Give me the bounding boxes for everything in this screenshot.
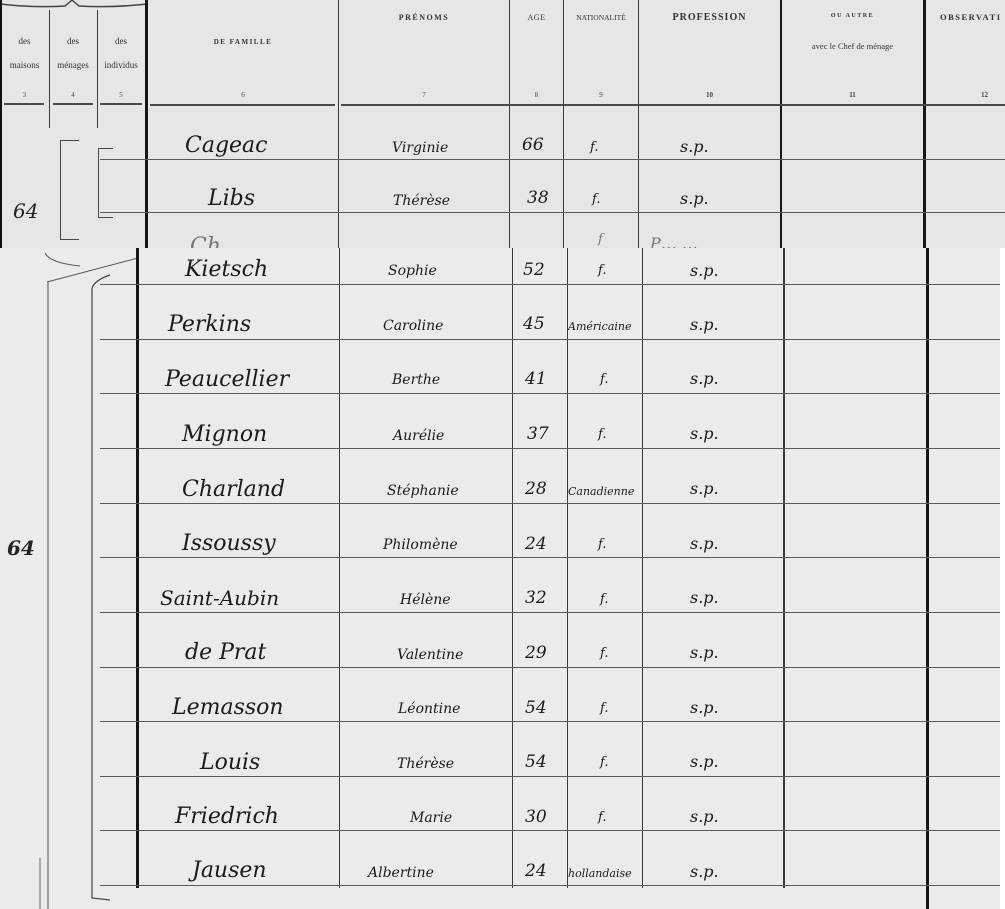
- column-divider-thick: [780, 0, 782, 248]
- surname-cell: Saint-Aubin: [160, 586, 279, 610]
- header-rule: [53, 103, 93, 105]
- age-cell: 52: [523, 260, 545, 280]
- row-rule: [100, 339, 1000, 340]
- column-divider-thick: [926, 248, 929, 909]
- column-divider-thick: [923, 0, 926, 248]
- row-rule: [100, 776, 1000, 777]
- nationality-cell: f.: [600, 646, 608, 661]
- surname-cell: Charland: [182, 477, 285, 502]
- age-cell: 32: [525, 588, 547, 608]
- surname-cell: Libs: [208, 186, 255, 211]
- surname-cell: Issoussy: [182, 531, 276, 556]
- age-cell: 24: [525, 534, 547, 554]
- surname-cell: Perkins: [168, 312, 251, 337]
- column-number: 5: [97, 91, 145, 99]
- profession-cell: s.p.: [690, 479, 719, 498]
- nationality-cell: f.: [598, 427, 606, 442]
- surname-cell: Lemasson: [172, 695, 284, 720]
- first-name-cell: Marie: [410, 810, 452, 826]
- age-cell: 24: [525, 861, 547, 881]
- header-profession: PROFESSION: [639, 12, 780, 23]
- profession-cell: s.p.: [690, 369, 719, 388]
- age-cell: 41: [525, 369, 547, 389]
- column-number: 4: [49, 91, 97, 99]
- first-name-cell: Albertine: [368, 865, 434, 881]
- surname-cell-partial: Ch…: [190, 234, 243, 248]
- nationality-cell: f.: [600, 701, 608, 716]
- column-divider: [339, 248, 340, 888]
- surname-cell: Mignon: [182, 422, 267, 447]
- column-divider: [338, 0, 339, 248]
- row-rule: [100, 612, 1000, 613]
- profession-cell-partial: P… …: [650, 234, 698, 248]
- header-col5-bottom: individus: [97, 60, 145, 70]
- top-page-fragment: des maisons des ménages des individus DE…: [0, 0, 1005, 248]
- row-rule: [100, 212, 1005, 213]
- row-rule: [100, 159, 1005, 160]
- age-cell: 37: [527, 424, 549, 444]
- house-number: 64: [7, 536, 35, 560]
- surname-cell: Louis: [200, 750, 260, 775]
- row-rule: [100, 393, 1000, 394]
- first-name-cell: Thérèse: [393, 193, 450, 209]
- row-rule: [100, 284, 1000, 285]
- first-name-cell: Sophie: [388, 263, 437, 279]
- header-col4-top: des: [49, 36, 97, 46]
- column-number: 10: [639, 91, 780, 99]
- header-col3-bottom: maisons: [0, 60, 49, 70]
- header-brace-ornament: [0, 0, 147, 20]
- household-bracket: [60, 140, 79, 240]
- column-divider: [509, 0, 510, 248]
- age-cell: 29: [525, 643, 547, 663]
- nationality-cell: f.: [590, 140, 598, 155]
- first-name-cell: Aurélie: [393, 428, 444, 444]
- column-divider: [563, 0, 564, 248]
- age-cell: 30: [525, 807, 547, 827]
- header-first-name: PRÉNOMS: [339, 13, 509, 22]
- first-name-cell: Léontine: [398, 701, 460, 717]
- header-rule: [150, 104, 335, 106]
- household-bracket: [98, 148, 113, 218]
- header-col4-bottom: ménages: [49, 60, 97, 70]
- first-name-cell: Stéphanie: [387, 483, 459, 499]
- row-rule: [100, 721, 1000, 722]
- first-name-cell: Caroline: [383, 318, 443, 334]
- column-number: 11: [782, 91, 923, 99]
- surname-cell: Peaucellier: [165, 367, 289, 392]
- column-number: 6: [148, 91, 338, 99]
- profession-cell: s.p.: [690, 752, 719, 771]
- house-number: 64: [13, 199, 38, 223]
- profession-cell: s.p.: [690, 643, 719, 662]
- first-name-cell: Valentine: [397, 647, 463, 663]
- column-divider: [638, 0, 639, 248]
- column-number: 9: [564, 91, 638, 99]
- surname-cell: de Prat: [185, 640, 266, 665]
- column-divider: [783, 248, 785, 888]
- column-divider: [567, 248, 568, 888]
- profession-cell: s.p.: [690, 315, 719, 334]
- age-cell: 45: [523, 314, 545, 334]
- main-page-fragment: 64 Kietsch Sophie 52 f. s.p. Perkins Car…: [0, 248, 1000, 909]
- column-divider: [512, 248, 513, 888]
- column-divider-thick: [136, 248, 139, 888]
- column-divider: [642, 248, 643, 888]
- first-name-cell: Virginie: [392, 140, 448, 156]
- row-rule: [100, 885, 1000, 886]
- age-cell: 38: [527, 188, 549, 208]
- profession-cell: s.p.: [690, 862, 719, 881]
- first-name-cell: Hélène: [400, 592, 451, 608]
- header-col5-top: des: [97, 36, 145, 46]
- header-rule: [4, 103, 44, 105]
- profession-cell: s.p.: [680, 137, 709, 156]
- header-rule: [100, 103, 142, 105]
- header-surname: DE FAMILLE: [148, 38, 338, 46]
- row-rule: [100, 557, 1000, 558]
- nationality-cell: Canadienne: [568, 485, 634, 498]
- header-col3-top: des: [0, 36, 49, 46]
- nationality-cell: f.: [600, 592, 608, 607]
- column-number: 7: [339, 91, 509, 99]
- age-cell: 54: [525, 752, 547, 772]
- surname-cell: Kietsch: [185, 257, 268, 282]
- age-cell: 54: [525, 698, 547, 718]
- column-number: 8: [510, 91, 563, 99]
- surname-cell: Jausen: [192, 858, 267, 883]
- age-cell: 28: [525, 479, 547, 499]
- profession-cell: s.p.: [690, 261, 719, 280]
- profession-cell: s.p.: [690, 424, 719, 443]
- nationality-cell: f.: [598, 537, 606, 552]
- first-name-cell: Berthe: [392, 372, 440, 388]
- household-bracket-lines: [0, 248, 140, 909]
- header-relationship-top: OU AUTRE: [782, 13, 923, 19]
- surname-cell: Cageac: [185, 133, 268, 158]
- profession-cell: s.p.: [690, 807, 719, 826]
- header-nationality: NATIONALITÉ: [564, 13, 638, 22]
- row-rule: [100, 667, 1000, 668]
- surname-cell: Friedrich: [175, 804, 279, 829]
- header-age: AGE: [510, 13, 563, 22]
- first-name-cell: Philomène: [383, 537, 458, 553]
- first-name-cell: Thérèse: [397, 756, 454, 772]
- row-rule: [100, 503, 1000, 504]
- nationality-cell: f.: [600, 372, 608, 387]
- header-relationship-bottom: avec le Chef de ménage: [782, 41, 923, 51]
- nationality-cell-partial: f: [598, 232, 603, 247]
- header-observations: OBSERVATI: [926, 12, 1005, 22]
- profession-cell: s.p.: [690, 588, 719, 607]
- nationality-cell: f.: [592, 192, 600, 207]
- nationality-cell: f.: [598, 810, 606, 825]
- nationality-cell: hollandaise: [568, 867, 632, 880]
- profession-cell: s.p.: [690, 698, 719, 717]
- nationality-cell: f.: [598, 263, 606, 278]
- age-cell: 66: [522, 135, 544, 155]
- column-number: 3: [0, 91, 49, 99]
- profession-cell: s.p.: [680, 189, 709, 208]
- header-rule: [341, 104, 1005, 106]
- nationality-cell: f.: [600, 755, 608, 770]
- row-rule: [100, 448, 1000, 449]
- profession-cell: s.p.: [690, 534, 719, 553]
- column-number: 12: [926, 91, 1005, 99]
- row-rule: [100, 830, 1000, 831]
- nationality-cell: Américaine: [568, 320, 632, 333]
